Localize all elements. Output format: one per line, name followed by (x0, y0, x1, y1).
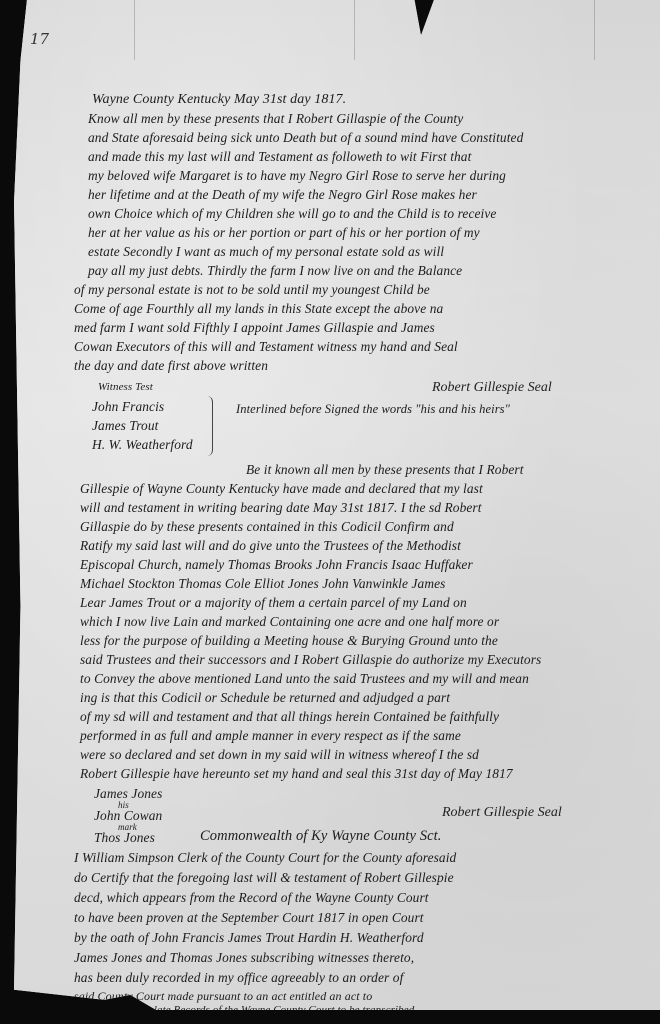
witness-name: James Trout (92, 418, 158, 434)
codicil-line: will and testament in writing bearing da… (80, 500, 482, 516)
certificate-line: has been duly recorded in my office agre… (74, 970, 403, 986)
certificate-line: do Certify that the foregoing last will … (74, 870, 454, 886)
will-line: her at her value as his or her portion o… (88, 225, 480, 241)
codicil-line: Gillaspie do by these presents contained… (80, 519, 454, 535)
certificate-line: decd, which appears from the Record of t… (74, 890, 429, 906)
fold-mark (134, 0, 135, 60)
codicil-line: Gillespie of Wayne County Kentucky have … (80, 481, 483, 497)
codicil-line: Episcopal Church, namely Thomas Brooks J… (80, 557, 473, 573)
fold-mark (354, 0, 355, 60)
clerk-signature: William Simpson Clk (492, 1012, 609, 1024)
certificate-line: by the oath of John Francis James Trout … (74, 930, 424, 946)
witness-name: John Francis (92, 399, 164, 415)
codicil-witness: Thos Jones (94, 830, 155, 846)
witness-label: Witness Test (98, 381, 153, 393)
will-signature: Robert Gillespie Seal (432, 380, 552, 396)
will-line: own Choice which of my Children she will… (88, 206, 496, 222)
fold-mark (594, 0, 595, 60)
codicil-line: of my sd will and testament and that all… (80, 709, 499, 725)
certificate-line: to have been proven at the September Cou… (74, 910, 424, 926)
will-line: Know all men by these presents that I Ro… (88, 111, 463, 127)
codicil-line: to Convey the above mentioned Land unto … (80, 671, 529, 687)
document-page: 17 Wayne County Kentucky May 31st day 18… (14, 0, 660, 1010)
will-line: her lifetime and at the Death of my wife… (88, 187, 477, 203)
will-line: Cowan Executors of this will and Testame… (74, 339, 458, 355)
certificate-line: I William Simpson Clerk of the County Co… (74, 850, 456, 866)
codicil-line: said Trustees and their successors and I… (80, 652, 541, 668)
codicil-line: Lear James Trout or a majority of them a… (80, 595, 467, 611)
witness-name: H. W. Weatherford (92, 437, 193, 453)
will-line: the day and date first above written (74, 358, 268, 374)
will-line: estate Secondly I want as much of my per… (88, 244, 444, 260)
certificate-line: given under my hand this 18 June 1843 (74, 1018, 235, 1024)
codicil-line: less for the purpose of building a Meeti… (80, 633, 498, 649)
certificate-line: James Jones and Thomas Jones subscribing… (74, 950, 414, 966)
witness-brace (204, 396, 213, 456)
codicil-signature: Robert Gillespie Seal (442, 805, 562, 821)
will-line: Come of age Fourthly all my lands in thi… (74, 301, 443, 317)
certificate-line: said County Court made pursuant to an ac… (74, 989, 372, 1004)
will-line: pay all my just debts. Thirdly the farm … (88, 263, 462, 279)
codicil-line: Ratify my said last will and do give unt… (80, 538, 461, 554)
codicil-line: which I now live Lain and marked Contain… (80, 614, 499, 630)
codicil-line: ing is that this Codicil or Schedule be … (80, 690, 450, 706)
will-heading: Wayne County Kentucky May 31st day 1817. (92, 92, 346, 108)
will-line: of my personal estate is not to be sold … (74, 282, 430, 298)
interlined-note: Interlined before Signed the words "his … (236, 402, 510, 417)
codicil-line: were so declared and set down in my said… (80, 747, 479, 763)
codicil-line: Robert Gillespie have hereunto set my ha… (80, 766, 513, 782)
certificate-line: authorize & Regulate Records of the Wayn… (74, 1004, 414, 1016)
codicil-line: Michael Stockton Thomas Cole Elliot Jone… (80, 576, 445, 592)
will-line: and State aforesaid being sick unto Deat… (88, 130, 523, 146)
codicil-line: Be it known all men by these presents th… (246, 462, 524, 478)
will-line: my beloved wife Margaret is to have my N… (88, 168, 506, 184)
page-number: 17 (30, 30, 49, 48)
will-line: and made this my last will and Testament… (88, 149, 471, 165)
codicil-line: performed in as full and ample manner in… (80, 728, 461, 744)
certificate-heading: Commonwealth of Ky Wayne County Sct. (200, 828, 441, 845)
will-line: med farm I want sold Fifthly I appoint J… (74, 320, 435, 336)
